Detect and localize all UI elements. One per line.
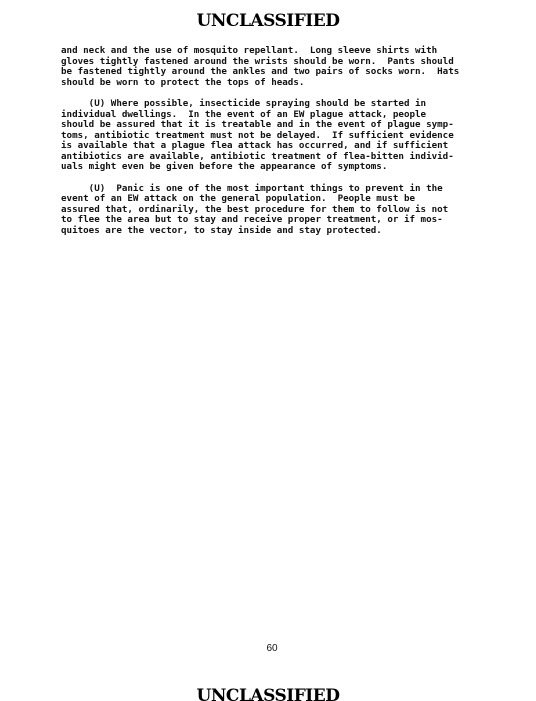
paragraph-protective-clothing: and neck and the use of mosquito repella… xyxy=(61,46,481,88)
document-body: and neck and the use of mosquito repella… xyxy=(61,46,481,247)
paragraph-insecticide-antibiotics: (U) Where possible, insecticide spraying… xyxy=(61,99,481,173)
page-number: 60 xyxy=(0,643,536,654)
paragraph-panic-prevention: (U) Panic is one of the most important t… xyxy=(61,184,481,237)
classification-header: UNCLASSIFIED xyxy=(0,11,536,31)
classification-footer: UNCLASSIFIED xyxy=(0,686,536,701)
